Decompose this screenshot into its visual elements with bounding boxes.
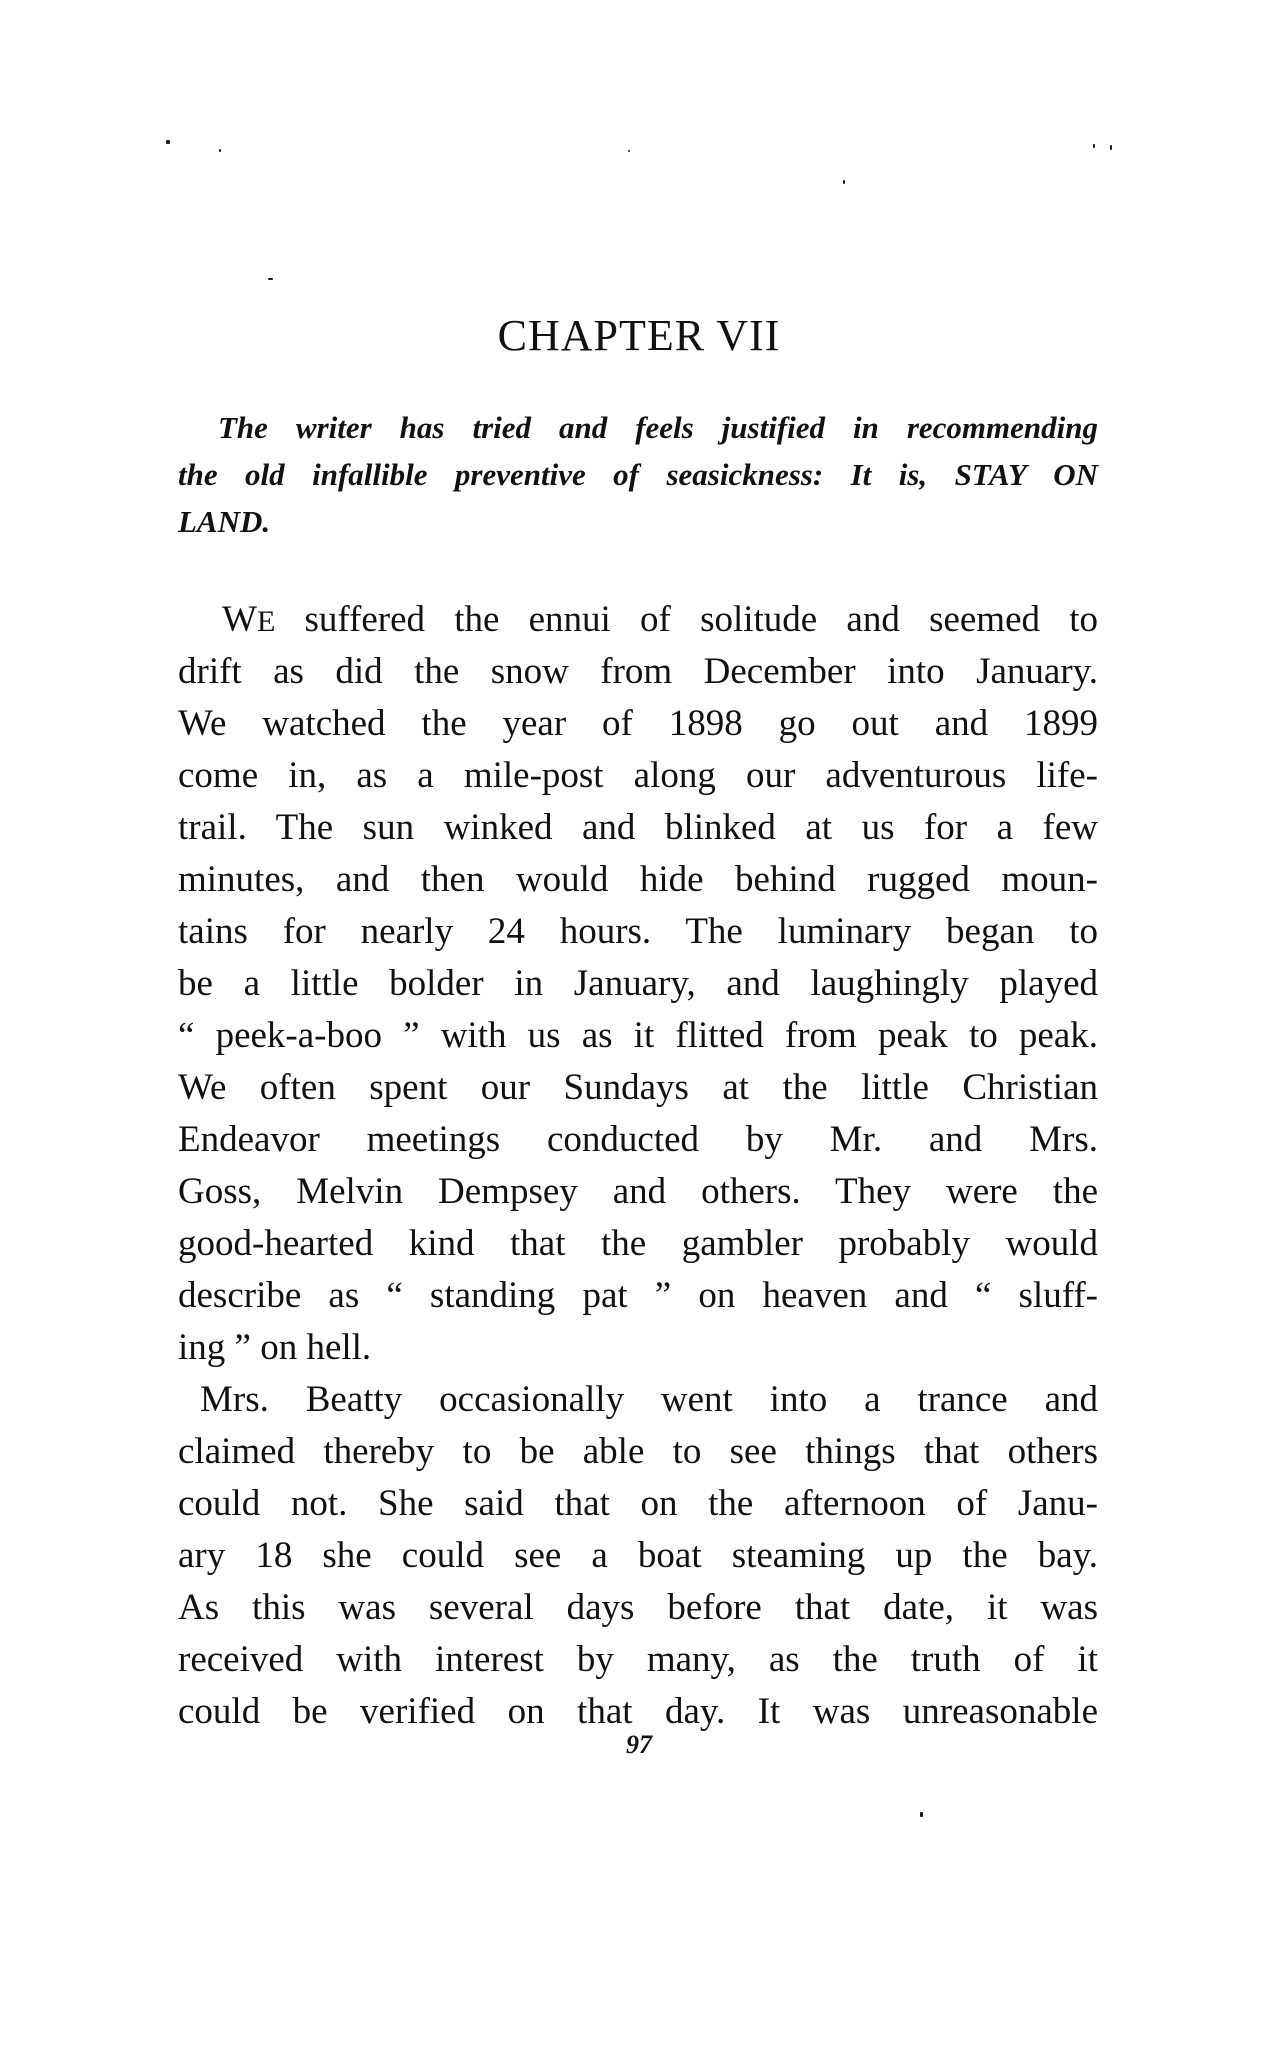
chapter-body: WE suffered the ennui of solitude and se… — [178, 594, 1098, 1738]
scan-speck — [219, 149, 221, 152]
paragraph-1-line: Goss, Melvin Dempsey and others. They we… — [178, 1166, 1098, 1218]
chapter-epigraph: The writer has tried and feels justified… — [178, 404, 1098, 545]
paragraph-1-line: “ peek-a-boo ” with us as it flitted fro… — [178, 1010, 1098, 1062]
epigraph-line: the old infallible preventive of seasick… — [178, 451, 1098, 498]
paragraph-2-line: Mrs. Beatty occasionally went into a tra… — [178, 1374, 1098, 1426]
paragraph-1-line: be a little bolder in January, and laugh… — [178, 958, 1098, 1010]
chapter-title: CHAPTER VII — [0, 310, 1278, 362]
book-page: CHAPTER VII The writer has tried and fee… — [0, 0, 1278, 2048]
paragraph-1-line: WE suffered the ennui of solitude and se… — [178, 594, 1098, 646]
scan-speck — [1093, 144, 1095, 148]
paragraph-1-line: minutes, and then would hide behind rugg… — [178, 854, 1098, 906]
page-number: 97 — [0, 1730, 1278, 1760]
paragraph-1-line: come in, as a mile-post along our advent… — [178, 750, 1098, 802]
paragraph-1-line: Endeavor meetings conducted by Mr. and M… — [178, 1114, 1098, 1166]
paragraph-1-line: good-hearted kind that the gambler proba… — [178, 1218, 1098, 1270]
paragraph-1-line: We often spent our Sundays at the little… — [178, 1062, 1098, 1114]
paragraph-2-line: ary 18 she could see a boat steaming up … — [178, 1530, 1098, 1582]
scan-speck — [843, 180, 845, 184]
paragraph-2-line: As this was several days before that dat… — [178, 1582, 1098, 1634]
paragraph-1-line: We watched the year of 1898 go out and 1… — [178, 698, 1098, 750]
scan-speck — [920, 1812, 923, 1817]
scan-speck — [166, 140, 170, 144]
epigraph-line: LAND. — [178, 498, 1098, 545]
scan-speck — [628, 150, 630, 152]
drop-initial: W — [222, 599, 257, 640]
paragraph-1-line: describe as “ standing pat ” on heaven a… — [178, 1270, 1098, 1322]
paragraph-1-line: tains for nearly 24 hours. The luminary … — [178, 906, 1098, 958]
first-line-text: suffered the ennui of solitude and seeme… — [275, 599, 1098, 640]
paragraph-1-line: drift as did the snow from December into… — [178, 646, 1098, 698]
scan-speck — [1110, 145, 1112, 150]
epigraph-line: The writer has tried and feels justified… — [178, 404, 1098, 451]
paragraph-2-line: received with interest by many, as the t… — [178, 1634, 1098, 1686]
paragraph-1-line: trail. The sun winked and blinked at us … — [178, 802, 1098, 854]
paragraph-1-line: ing ” on hell. — [178, 1322, 1098, 1374]
paragraph-2-line: could not. She said that on the afternoo… — [178, 1478, 1098, 1530]
scan-speck — [268, 278, 273, 280]
paragraph-2-line: claimed thereby to be able to see things… — [178, 1426, 1098, 1478]
small-cap-letter: E — [257, 605, 275, 638]
